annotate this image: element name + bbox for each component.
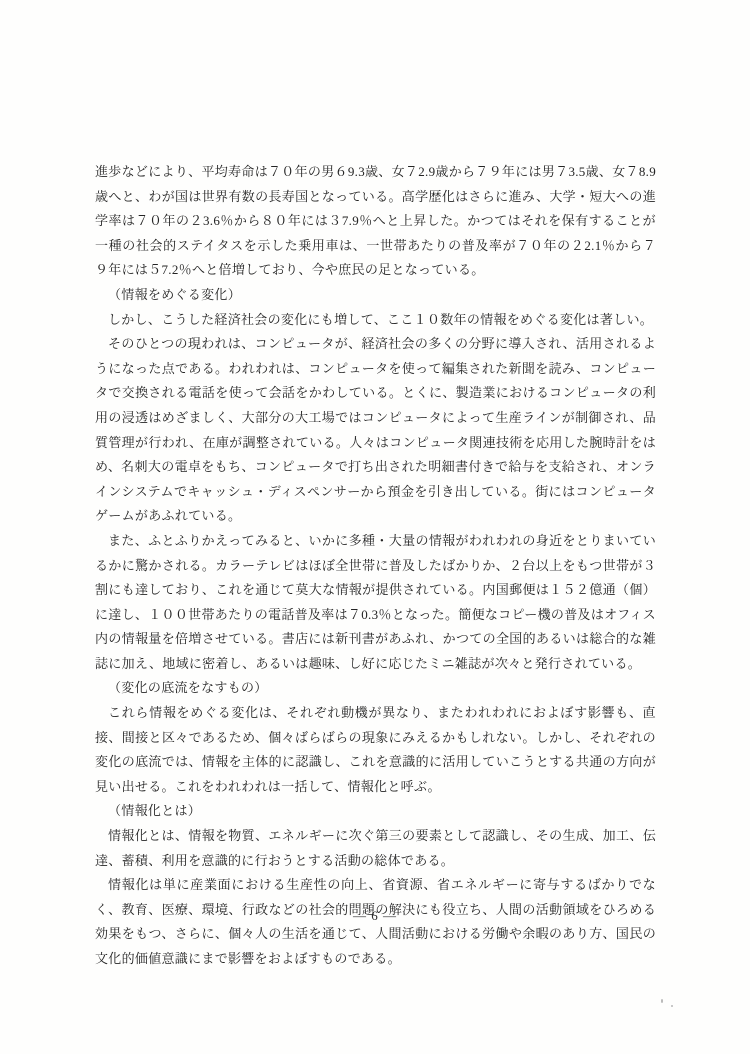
paragraph-continuation: 進歩などにより、平均寿命は７０年の男６9.3歳、女７2.9歳から７９年には男７3…: [95, 160, 656, 283]
section-heading-undercurrent-of-change: （変化の底流をなすもの）: [95, 676, 656, 701]
scanned-document-page: 進歩などにより、平均寿命は７０年の男６9.3歳、女７2.9歳から７９年には男７3…: [0, 0, 750, 1054]
scan-speck: [661, 999, 663, 1003]
document-body: 進歩などにより、平均寿命は７０年の男６9.3歳、女７2.9歳から７９年には男７3…: [95, 160, 656, 972]
paragraph: これら情報をめぐる変化は、それぞれ動機が異なり、またわれわれにおよぼす影響も、直…: [95, 701, 656, 799]
section-heading-information-changes: （情報をめぐる変化）: [95, 283, 656, 308]
scan-speck: [506, 662, 509, 664]
paragraph: しかし、こうした経済社会の変化にも増して、ここ１０数年の情報をめぐる変化は著しい…: [95, 308, 656, 333]
page-number: ― 6 ―: [0, 908, 750, 924]
scan-speck: [671, 1005, 673, 1007]
paragraph: また、ふとふりかえってみると、いかに多種・大量の情報がわれわれの身近をとりまいて…: [95, 529, 656, 677]
section-heading-what-is-johoka: （情報化とは）: [95, 799, 656, 824]
paragraph: そのひとつの現われは、コンピュータが、経済社会の多くの分野に導入され、活用される…: [95, 332, 656, 529]
paragraph: 情報化とは、情報を物質、エネルギーに次ぐ第三の要素として認識し、その生成、加工、…: [95, 824, 656, 873]
